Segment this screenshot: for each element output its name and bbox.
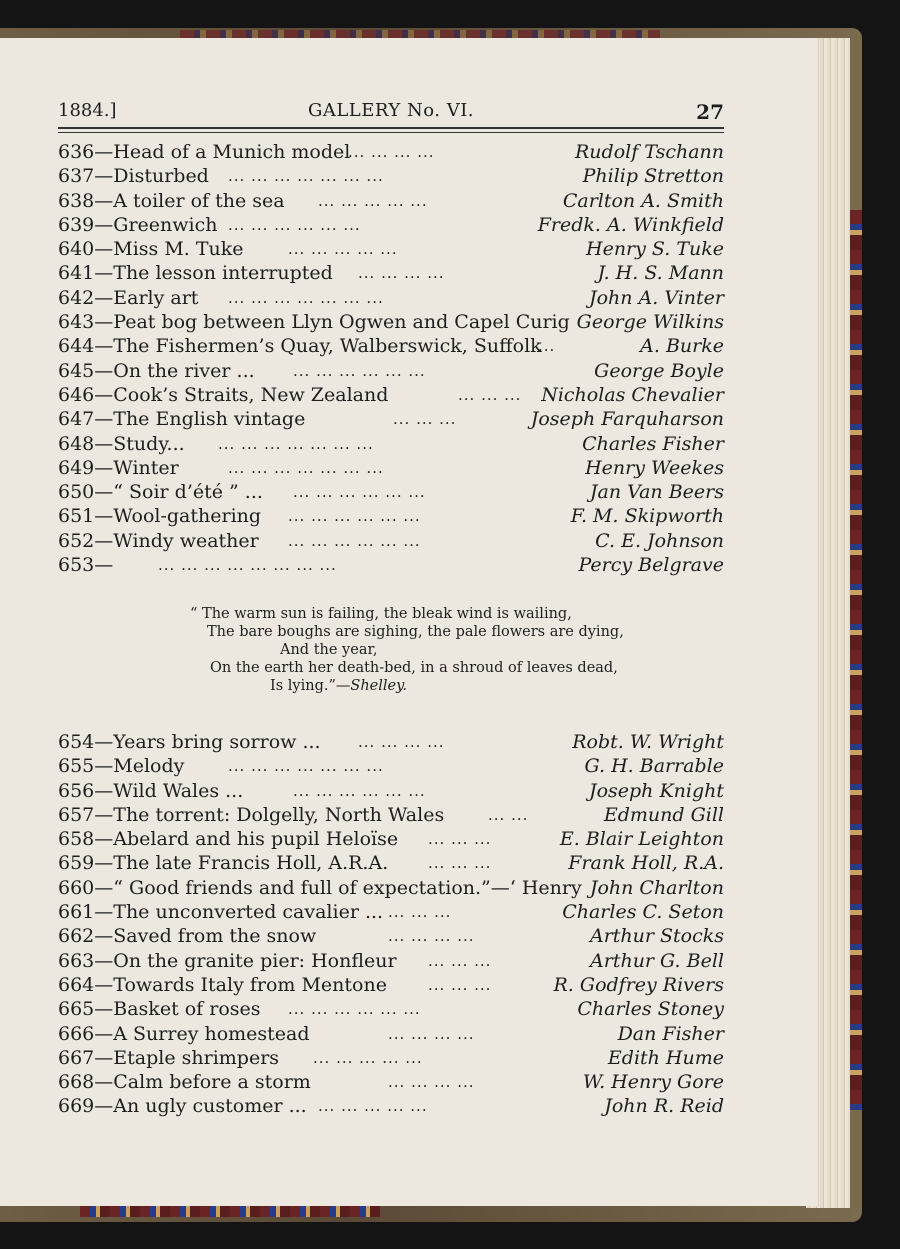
entry-title: 663—On the granite pier: Honfleur [58, 949, 397, 973]
catalogue-entry: 660—“ Good friends and full of expectati… [58, 876, 724, 900]
catalogue-list-bottom: 654—Years bring sorrow ...... ... ... ..… [58, 730, 724, 1119]
entry-artist: John Charlton [586, 876, 724, 900]
entry-artist: George Boyle [590, 359, 724, 383]
dot-leader: ... ... ... ... ... ... [293, 779, 426, 803]
poem-attribution: Shelley. [350, 678, 407, 694]
catalogue-entry: 644—The Fishermen’s Quay, Walberswick, S… [58, 334, 724, 358]
entry-title: 658—Abelard and his pupil Heloïse [58, 827, 398, 851]
catalogue-entry: 662—Saved from the snow... ... ... ...Ar… [58, 924, 724, 948]
dot-leader: ... ... ... ... ... ... [288, 529, 421, 553]
entry-artist: Jan Van Beers [586, 480, 724, 504]
dot-leader: ... ... ... ... ... [318, 1094, 428, 1118]
dot-leader: ... ... ... [428, 973, 491, 997]
poem-line: On the earth her death-bed, in a shroud … [190, 659, 630, 677]
entry-title: 647—The English vintage [58, 407, 305, 431]
entry-artist: Nicholas Chevalier [537, 383, 724, 407]
entry-title: 641—The lesson interrupted [58, 261, 333, 285]
entry-title: 667—Etaple shrimpers [58, 1046, 279, 1070]
dot-leader: ... ... ... ... ... ... ... [228, 754, 384, 778]
header-title: GALLERY No. VI. [58, 100, 724, 121]
marbled-edge-top [180, 30, 660, 38]
entry-title: 664—Towards Italy from Mentone [58, 973, 387, 997]
entry-title: 657—The torrent: Dolgelly, North Wales [58, 803, 444, 827]
entry-artist: Edmund Gill [600, 803, 724, 827]
poem-line: The bare boughs are sighing, the pale fl… [190, 623, 630, 641]
entry-title: 659—The late Francis Holl, A.R.A. [58, 851, 388, 875]
dot-leader: ... ... ... ... [388, 1070, 475, 1094]
entry-title: 638—A toiler of the sea [58, 189, 285, 213]
entry-title: 639—Greenwich [58, 213, 217, 237]
entry-title: 640—Miss M. Tuke [58, 237, 244, 261]
catalogue-entry: 645—On the river ...... ... ... ... ... … [58, 359, 724, 383]
entry-title: 651—Wool-gathering [58, 504, 261, 528]
dot-leader: ... ... ... ... ... ... [288, 504, 421, 528]
entry-title: 649—Winter [58, 456, 179, 480]
entry-artist: Robt. W. Wright [568, 730, 724, 754]
entry-title: 661—The unconverted cavalier ... [58, 900, 383, 924]
entry-title: 637—Disturbed [58, 164, 209, 188]
entry-artist: Arthur G. Bell [586, 949, 724, 973]
entry-title: 654—Years bring sorrow ... [58, 730, 321, 754]
dot-leader: ... ... ... ... [348, 140, 435, 164]
poem-line: And the year, [190, 641, 630, 659]
entry-title: 644—The Fishermen’s Quay, Walberswick, S… [58, 334, 542, 358]
dot-leader: ... ... ... ... [388, 924, 475, 948]
catalogue-entry: 640—Miss M. Tuke... ... ... ... ...Henry… [58, 237, 724, 261]
catalogue-entry: 639—Greenwich... ... ... ... ... ...Fred… [58, 213, 724, 237]
entry-artist: Charles Stoney [573, 997, 724, 1021]
poem-line: “ The warm sun is failing, the bleak win… [190, 605, 630, 623]
dot-leader: ... ... ... ... ... [313, 1046, 423, 1070]
catalogue-entry: 641—The lesson interrupted... ... ... ..… [58, 261, 724, 285]
dot-leader: ... ... ... ... ... ... ... [228, 164, 384, 188]
entry-artist: George Wilkins [573, 310, 724, 334]
running-header: 1884.] GALLERY No. VI. 27 [58, 100, 724, 124]
catalogue-entry: 661—The unconverted cavalier ...... ... … [58, 900, 724, 924]
entry-artist: E. Blair Leighton [556, 827, 724, 851]
catalogue-entry: 665—Basket of roses... ... ... ... ... .… [58, 997, 724, 1021]
dot-leader: ... ... ... ... ... ... ... [228, 286, 384, 310]
dot-leader: ... ... ... ... ... [288, 237, 398, 261]
catalogue-entry: 637—Disturbed... ... ... ... ... ... ...… [58, 164, 724, 188]
entry-artist: G. H. Barrable [581, 754, 725, 778]
entry-title: 666—A Surrey homestead [58, 1022, 310, 1046]
catalogue-entry: 642—Early art... ... ... ... ... ... ...… [58, 286, 724, 310]
catalogue-entry: 659—The late Francis Holl, A.R.A.... ...… [58, 851, 724, 875]
catalogue-entry: 664—Towards Italy from Mentone... ... ..… [58, 973, 724, 997]
entry-title: 665—Basket of roses [58, 997, 261, 1021]
catalogue-entry: 663—On the granite pier: Honfleur... ...… [58, 949, 724, 973]
entry-artist: Edith Hume [604, 1046, 724, 1070]
entry-title: 656—Wild Wales ... [58, 779, 243, 803]
dot-leader: ... ... ... [458, 383, 521, 407]
entry-artist: John R. Reid [600, 1094, 724, 1118]
catalogue-entry: 666—A Surrey homestead... ... ... ...Dan… [58, 1022, 724, 1046]
catalogue-entry: 643—Peat bog between Llyn Ogwen and Cape… [58, 310, 724, 334]
dot-leader: ... ... [488, 803, 528, 827]
entry-artist: Charles Fisher [578, 432, 724, 456]
entry-artist: R. Godfrey Rivers [550, 973, 725, 997]
dot-leader: ... [538, 334, 555, 358]
poem-last-line: Is lying.”— [270, 678, 350, 694]
entry-artist: Dan Fisher [614, 1022, 724, 1046]
catalogue-entry: 669—An ugly customer ...... ... ... ... … [58, 1094, 724, 1118]
header-rule [58, 127, 724, 133]
entry-artist: Henry S. Tuke [582, 237, 724, 261]
entry-title: 643—Peat bog between Llyn Ogwen and Cape… [58, 310, 594, 334]
dot-leader: ... ... ... ... ... ... ... ... [158, 553, 337, 577]
dot-leader: ... ... ... ... [388, 1022, 475, 1046]
entry-artist: Percy Belgrave [574, 553, 724, 577]
catalogue-list-top: 636—Head of a Munich model... ... ... ..… [58, 140, 724, 577]
catalogue-entry: 657—The torrent: Dolgelly, North Wales..… [58, 803, 724, 827]
dot-leader: ... ... ... [393, 407, 456, 431]
dot-leader: ... ... ... ... ... ... [288, 997, 421, 1021]
entry-artist: C. E. Johnson [591, 529, 724, 553]
dot-leader: ... ... ... [388, 900, 451, 924]
catalogue-entry: 667—Etaple shrimpers... ... ... ... ...E… [58, 1046, 724, 1070]
entry-title: 648—Study... [58, 432, 185, 456]
entry-title: 636—Head of a Munich model [58, 140, 350, 164]
entry-artist: Frank Holl, R.A. [564, 851, 724, 875]
entry-title: 669—An ugly customer ... [58, 1094, 307, 1118]
page-number: 27 [696, 100, 724, 124]
catalogue-entry: 655—Melody... ... ... ... ... ... ...G. … [58, 754, 724, 778]
dot-leader: ... ... ... ... ... ... ... [228, 456, 384, 480]
entry-artist: A. Burke [636, 334, 724, 358]
entry-title: 642—Early art [58, 286, 198, 310]
entry-artist: Carlton A. Smith [559, 189, 724, 213]
entry-title: 660—“ Good friends and full of expectati… [58, 876, 618, 900]
dot-leader: ... ... ... [428, 949, 491, 973]
dot-leader: ... ... ... [428, 827, 491, 851]
entry-title: 646—Cook’s Straits, New Zealand [58, 383, 388, 407]
entry-title: 662—Saved from the snow [58, 924, 316, 948]
catalogue-entry: 646—Cook’s Straits, New Zealand... ... .… [58, 383, 724, 407]
entry-artist: Joseph Farquharson [527, 407, 724, 431]
entry-artist: Rudolf Tschann [571, 140, 724, 164]
entry-artist: Philip Stretton [579, 164, 724, 188]
marbled-edge-right [850, 210, 862, 1110]
catalogue-entry: 649—Winter... ... ... ... ... ... ...Hen… [58, 456, 724, 480]
entry-artist: J. H. S. Mann [593, 261, 724, 285]
catalogue-entry: 654—Years bring sorrow ...... ... ... ..… [58, 730, 724, 754]
dot-leader: ... ... ... ... ... ... [293, 480, 426, 504]
entry-artist: W. Henry Gore [579, 1070, 724, 1094]
poem-quotation: “ The warm sun is failing, the bleak win… [190, 605, 630, 695]
entry-title: 655—Melody [58, 754, 184, 778]
entry-artist: F. M. Skipworth [567, 504, 724, 528]
catalogue-entry: 636—Head of a Munich model... ... ... ..… [58, 140, 724, 164]
entry-artist: Joseph Knight [585, 779, 724, 803]
entry-title: 645—On the river ... [58, 359, 255, 383]
entry-artist: Fredk. A. Winkfield [534, 213, 724, 237]
catalogue-entry: 658—Abelard and his pupil Heloïse... ...… [58, 827, 724, 851]
entry-title: 653— [58, 553, 113, 577]
catalogue-entry: 653—... ... ... ... ... ... ... ...Percy… [58, 553, 724, 577]
marbled-edge-bottom [80, 1205, 380, 1217]
dot-leader: ... ... ... ... ... ... [228, 213, 361, 237]
poem-line: Is lying.”—Shelley. [190, 677, 630, 695]
dot-leader: ... ... ... ... [358, 261, 445, 285]
entry-artist: Arthur Stocks [586, 924, 724, 948]
entry-title: 668—Calm before a storm [58, 1070, 311, 1094]
catalogue-entry: 652—Windy weather... ... ... ... ... ...… [58, 529, 724, 553]
catalogue-entry: 650—“ Soir d’été ” ...... ... ... ... ..… [58, 480, 724, 504]
catalogue-entry: 668—Calm before a storm... ... ... ...W.… [58, 1070, 724, 1094]
dot-leader: ... ... ... ... [358, 730, 445, 754]
entry-artist: Henry Weekes [581, 456, 724, 480]
entry-title: 652—Windy weather [58, 529, 259, 553]
dot-leader: ... ... ... ... ... [318, 189, 428, 213]
catalogue-entry: 647—The English vintage... ... ...Joseph… [58, 407, 724, 431]
entry-title: 650—“ Soir d’été ” ... [58, 480, 263, 504]
dot-leader: ... ... ... [428, 851, 491, 875]
catalogue-entry: 651—Wool-gathering... ... ... ... ... ..… [58, 504, 724, 528]
entry-artist: John A. Vinter [585, 286, 724, 310]
entry-artist: Charles C. Seton [558, 900, 724, 924]
catalogue-entry: 638—A toiler of the sea... ... ... ... .… [58, 189, 724, 213]
catalogue-entry: 656—Wild Wales ...... ... ... ... ... ..… [58, 779, 724, 803]
dot-leader: ... ... ... ... ... ... [293, 359, 426, 383]
dot-leader: ... ... ... ... ... ... ... [218, 432, 374, 456]
catalogue-entry: 648—Study...... ... ... ... ... ... ...C… [58, 432, 724, 456]
